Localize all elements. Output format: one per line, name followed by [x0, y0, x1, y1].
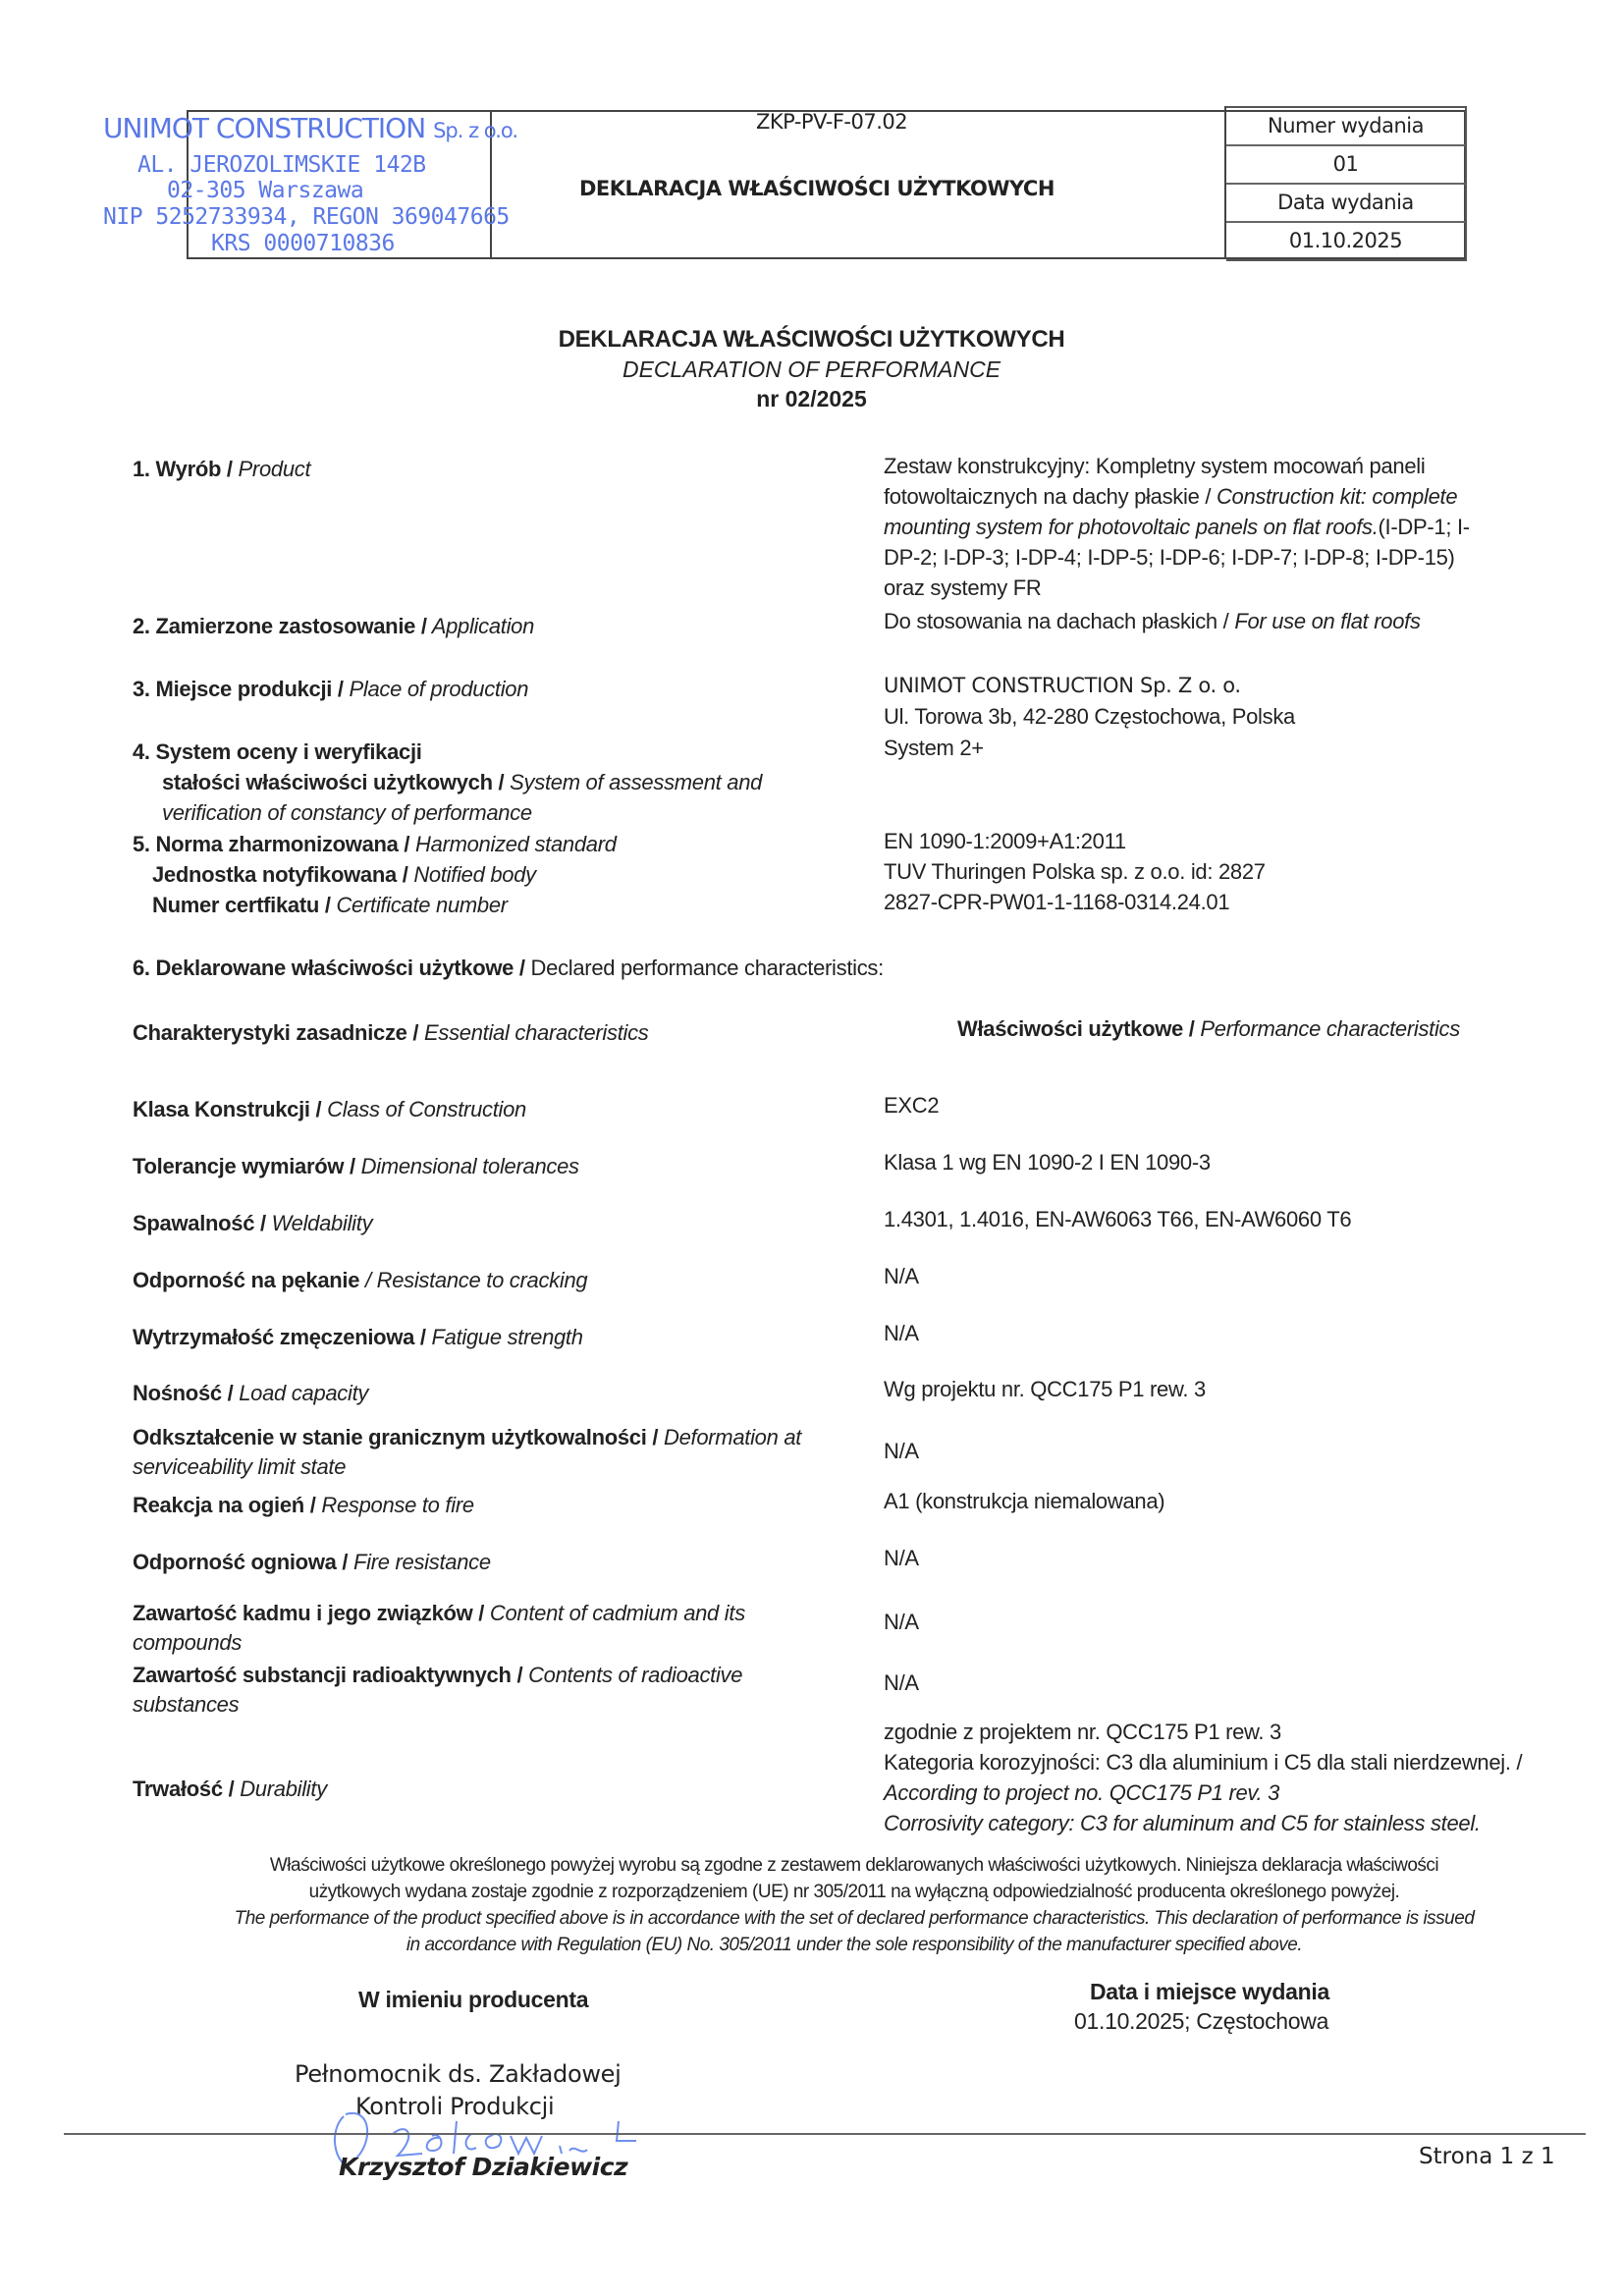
performance-value: N/A: [884, 1607, 919, 1637]
declared-performance-heading: 6. Deklarowane właściwości użytkowe / De…: [133, 953, 884, 984]
compliance-notice: Właściwości użytkowe określonego powyżej…: [128, 1852, 1581, 1958]
company-stamp-address: AL. JEROZOLIMSKIE 142B: [137, 152, 426, 178]
standard-label: 5. Norma zharmonizowana / Harmonized sta…: [133, 829, 617, 860]
company-stamp-city: 02-305 Warszawa: [167, 178, 363, 203]
application-label: 2. Zamierzone zastosowanie / Application: [133, 611, 534, 642]
page-number: Strona 1 z 1: [1419, 2144, 1555, 2169]
certificate-label: Numer certfikatu / Certificate number: [152, 890, 508, 921]
characteristic-label: Nośność / Load capacity: [133, 1378, 368, 1409]
declaration-number: nr 02/2025: [0, 384, 1623, 413]
performance-value: N/A: [884, 1318, 919, 1348]
characteristic-label: Odkształcenie w stanie granicznym użytko…: [133, 1422, 801, 1453]
date-place-label: Data i miejsce wydania: [1090, 1976, 1329, 2007]
footer-divider: [64, 2133, 1586, 2135]
characteristic-label: Trwałość / Durability: [133, 1774, 327, 1805]
product-value: Zestaw konstrukcyjny: Kompletny system m…: [884, 451, 1492, 603]
table-header-performance: Właściwości użytkowe / Performance chara…: [957, 1013, 1460, 1045]
characteristic-label: Zawartość kadmu i jego związków / Conten…: [133, 1598, 745, 1629]
characteristic-label: Wytrzymałość zmęczeniowa / Fatigue stren…: [133, 1322, 583, 1353]
signatory-name: Krzysztof Dziakiewicz: [339, 2153, 627, 2181]
performance-value: N/A: [884, 1543, 919, 1573]
characteristic-label: Klasa Konstrukcji / Class of Constructio…: [133, 1094, 526, 1125]
characteristic-label: Odporność ogniowa / Fire resistance: [133, 1547, 491, 1578]
issue-number: 01: [1226, 146, 1465, 185]
on-behalf-label: W imieniu producenta: [358, 1984, 588, 2015]
performance-value: N/A: [884, 1261, 919, 1291]
signatory-role-line1: Pełnomocnik ds. Zakładowej: [295, 2060, 622, 2088]
characteristic-label-cont: serviceability limit state: [133, 1451, 346, 1483]
characteristic-label: Odporność na pękanie / Resistance to cra…: [133, 1265, 587, 1296]
certificate-value: 2827-CPR-PW01-1-1168-0314.24.01: [884, 887, 1229, 917]
performance-value: 1.4301, 1.4016, EN-AW6063 T66, EN-AW6060…: [884, 1204, 1351, 1234]
characteristic-label: Tolerancje wymiarów / Dimensional tolera…: [133, 1151, 579, 1182]
system-label-en: verification of constancy of performance: [162, 797, 532, 829]
company-stamp-tax-ids: NIP 5252733934, REGON 369047665: [103, 204, 510, 230]
characteristic-label: Spawalność / Weldability: [133, 1208, 372, 1239]
characteristic-label: Reakcja na ogień / Response to fire: [133, 1490, 474, 1521]
characteristic-label-cont: compounds: [133, 1627, 242, 1659]
date-place-value: 01.10.2025; Częstochowa: [1074, 2005, 1328, 2037]
notified-body-value: TUV Thuringen Polska sp. z o.o. id: 2827: [884, 856, 1266, 887]
performance-value: N/A: [884, 1667, 919, 1698]
issue-date: 01.10.2025: [1226, 223, 1465, 259]
company-stamp-name: UNIMOT CONSTRUCTION Sp. z o.o.: [103, 112, 517, 144]
product-label: 1. Wyrób / Product: [133, 454, 310, 485]
application-value: Do stosowania na dachach płaskich / For …: [884, 606, 1421, 636]
performance-value: Klasa 1 wg EN 1090-2 I EN 1090-3: [884, 1147, 1211, 1177]
place-label: 3. Miejsce produkcji / Place of producti…: [133, 674, 528, 705]
page-title: DEKLARACJA WŁAŚCIWOŚCI UŻYTKOWYCH DECLAR…: [0, 324, 1623, 413]
performance-value: A1 (konstrukcja niemalowana): [884, 1486, 1164, 1516]
performance-value: zgodnie z projektem nr. QCC175 P1 rew. 3…: [884, 1717, 1522, 1838]
system-label: 4. System oceny i weryfikacji: [133, 737, 422, 768]
issue-date-label: Data wydania: [1226, 185, 1465, 223]
performance-value: EXC2: [884, 1090, 939, 1121]
issue-number-label: Numer wydania: [1226, 108, 1465, 146]
system-value: System 2+: [884, 733, 984, 763]
characteristic-label: Zawartość substancji radioaktywnych / Co…: [133, 1660, 742, 1691]
document-code: ZKP-PV-F-07.02: [756, 110, 907, 134]
performance-value: N/A: [884, 1436, 919, 1466]
place-value: UNIMOT CONSTRUCTION Sp. Z o. o.Ul. Torow…: [884, 671, 1295, 732]
header-document-title: DEKLARACJA WŁAŚCIWOŚCI UŻYTKOWYCH: [579, 177, 1055, 200]
title-polish: DEKLARACJA WŁAŚCIWOŚCI UŻYTKOWYCH: [0, 324, 1623, 355]
table-header-essential: Charakterystyki zasadnicze / Essential c…: [133, 1017, 649, 1049]
issue-info-table: Numer wydania 01 Data wydania 01.10.2025: [1226, 106, 1467, 261]
title-english: DECLARATION OF PERFORMANCE: [0, 355, 1623, 384]
performance-value: Wg projektu nr. QCC175 P1 rew. 3: [884, 1374, 1206, 1404]
standard-value: EN 1090-1:2009+A1:2011: [884, 826, 1126, 856]
notified-body-label: Jednostka notyfikowana / Notified body: [152, 859, 536, 891]
system-label-cont: stałości właściwości użytkowych / System…: [162, 767, 762, 798]
company-stamp-krs: KRS 0000710836: [211, 231, 395, 256]
characteristic-label-cont: substances: [133, 1689, 239, 1721]
